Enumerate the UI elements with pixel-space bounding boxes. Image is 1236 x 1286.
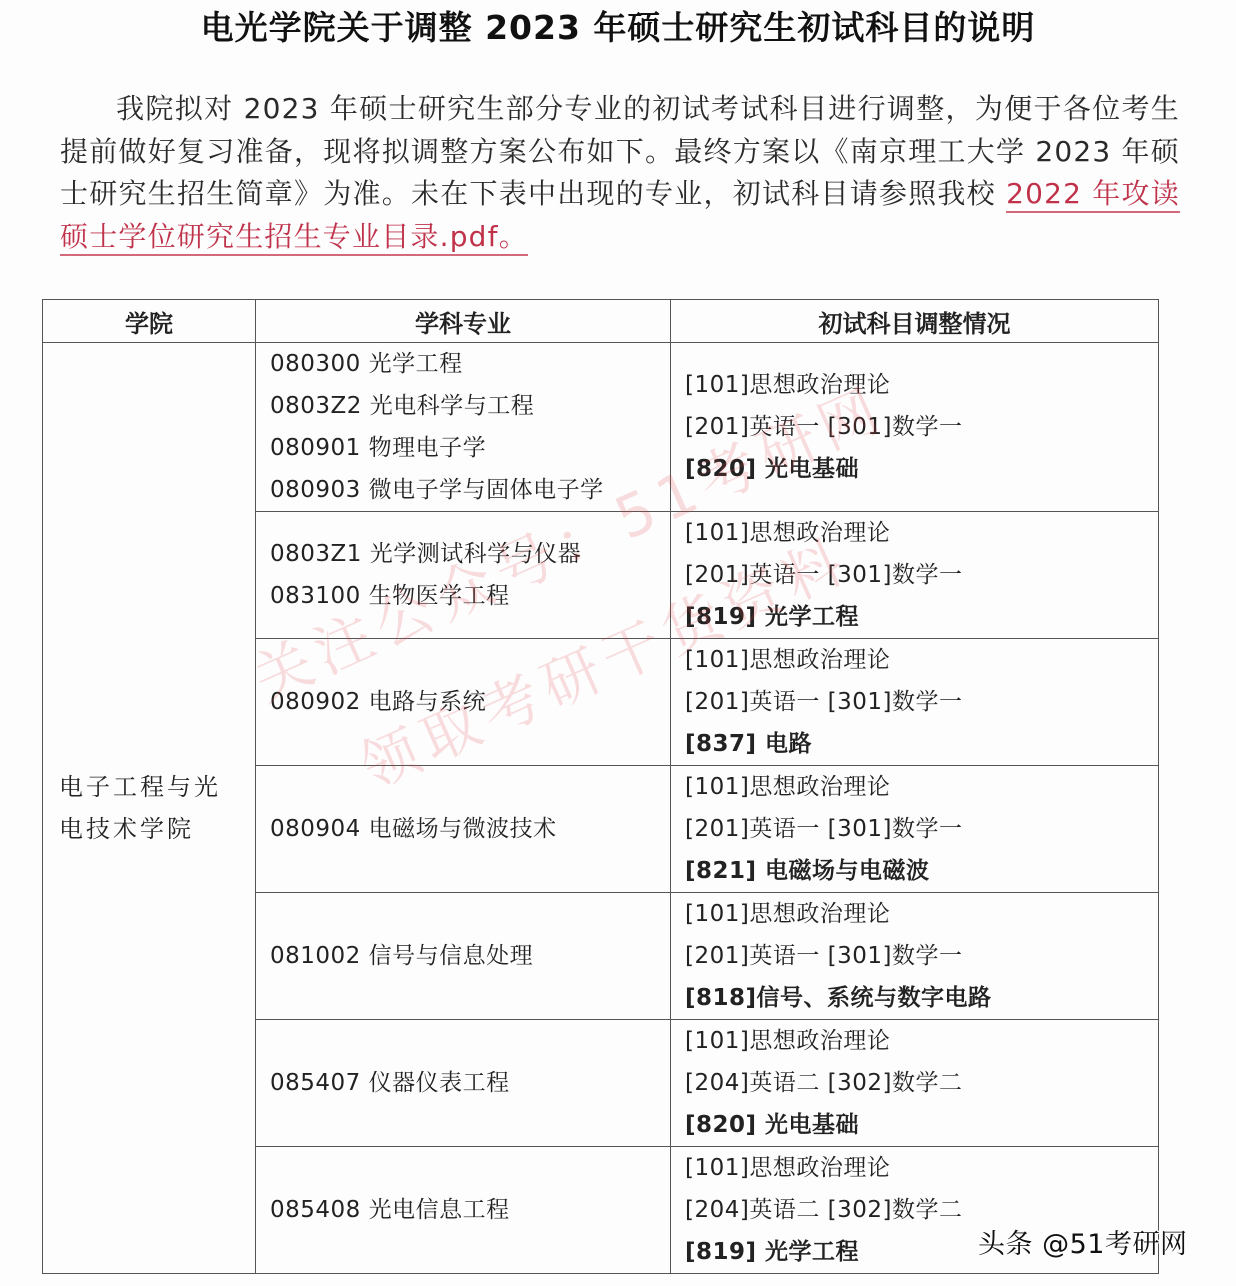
exams-cell: [101]思想政治理论 [201]英语一 [301]数学一 [818]信号、系统… — [671, 893, 1159, 1020]
majors-cell: 080300 光学工程 0803Z2 光电科学与工程 080901 物理电子学 … — [256, 343, 671, 512]
major-item: 080902 电路与系统 — [270, 681, 670, 723]
exams-cell: [101]思想政治理论 [204]英语二 [302]数学二 [820] 光电基础 — [671, 1020, 1159, 1147]
major-item: 083100 生物医学工程 — [270, 575, 670, 617]
exam-english-math: [201]英语一 [301]数学一 — [685, 554, 1158, 596]
major-item: 080300 光学工程 — [270, 343, 670, 385]
exam-professional: [818]信号、系统与数字电路 — [685, 977, 1158, 1019]
exam-professional: [820] 光电基础 — [685, 448, 1158, 490]
header-major: 学科专业 — [256, 300, 671, 343]
exam-professional: [820] 光电基础 — [685, 1104, 1158, 1146]
table-header-row: 学院 学科专业 初试科目调整情况 — [43, 300, 1159, 343]
exam-professional: [837] 电路 — [685, 723, 1158, 765]
exam-english-math: [204]英语二 [302]数学二 — [685, 1062, 1158, 1104]
major-item: 0803Z1 光学测试科学与仪器 — [270, 533, 670, 575]
exam-politics: [101]思想政治理论 — [685, 893, 1158, 935]
major-item: 080901 物理电子学 — [270, 427, 670, 469]
major-item: 080903 微电子学与固体电子学 — [270, 469, 670, 511]
majors-cell: 080904 电磁场与微波技术 — [256, 766, 671, 893]
exams-cell: [101]思想政治理论 [201]英语一 [301]数学一 [837] 电路 — [671, 639, 1159, 766]
majors-cell: 081002 信号与信息处理 — [256, 893, 671, 1020]
subjects-table: 学院 学科专业 初试科目调整情况 电子工程与光 电技术学院 080300 光学工… — [42, 299, 1159, 1274]
header-college: 学院 — [43, 300, 256, 343]
majors-cell: 080902 电路与系统 — [256, 639, 671, 766]
majors-cell: 085408 光电信息工程 — [256, 1147, 671, 1274]
header-exam-adjustment: 初试科目调整情况 — [671, 300, 1159, 343]
exam-english-math: [201]英语一 [301]数学一 — [685, 808, 1158, 850]
major-item: 085408 光电信息工程 — [270, 1189, 670, 1231]
college-name-line: 电子工程与光 — [59, 766, 255, 808]
exam-professional: [821] 电磁场与电磁波 — [685, 850, 1158, 892]
exam-politics: [101]思想政治理论 — [685, 364, 1158, 406]
exam-politics: [101]思想政治理论 — [685, 512, 1158, 554]
exam-politics: [101]思想政治理论 — [685, 766, 1158, 808]
exam-politics: [101]思想政治理论 — [685, 1020, 1158, 1062]
major-item: 080904 电磁场与微波技术 — [270, 808, 670, 850]
exam-professional: [819] 光学工程 — [685, 596, 1158, 638]
page-title: 电光学院关于调整 2023 年硕士研究生初试科目的说明 — [0, 6, 1236, 50]
exams-cell: [101]思想政治理论 [201]英语一 [301]数学一 [820] 光电基础 — [671, 343, 1159, 512]
source-watermark: 头条 @51考研网 — [978, 1222, 1187, 1261]
majors-cell: 0803Z1 光学测试科学与仪器 083100 生物医学工程 — [256, 512, 671, 639]
exam-politics: [101]思想政治理论 — [685, 1147, 1158, 1189]
intro-paragraph: 我院拟对 2023 年硕士研究生部分专业的初试考试科目进行调整，为便于各位考生提… — [60, 88, 1180, 258]
table-row: 电子工程与光 电技术学院 080300 光学工程 0803Z2 光电科学与工程 … — [43, 343, 1159, 512]
exam-politics: [101]思想政治理论 — [685, 639, 1158, 681]
college-cell: 电子工程与光 电技术学院 — [43, 343, 256, 1274]
majors-cell: 085407 仪器仪表工程 — [256, 1020, 671, 1147]
major-item: 085407 仪器仪表工程 — [270, 1062, 670, 1104]
exam-english-math: [201]英语一 [301]数学一 — [685, 406, 1158, 448]
exams-cell: [101]思想政治理论 [201]英语一 [301]数学一 [821] 电磁场与… — [671, 766, 1159, 893]
exams-cell: [101]思想政治理论 [201]英语一 [301]数学一 [819] 光学工程 — [671, 512, 1159, 639]
exam-english-math: [201]英语一 [301]数学一 — [685, 935, 1158, 977]
exam-english-math: [201]英语一 [301]数学一 — [685, 681, 1158, 723]
major-item: 081002 信号与信息处理 — [270, 935, 670, 977]
major-item: 0803Z2 光电科学与工程 — [270, 385, 670, 427]
college-name-line: 电技术学院 — [59, 808, 255, 850]
